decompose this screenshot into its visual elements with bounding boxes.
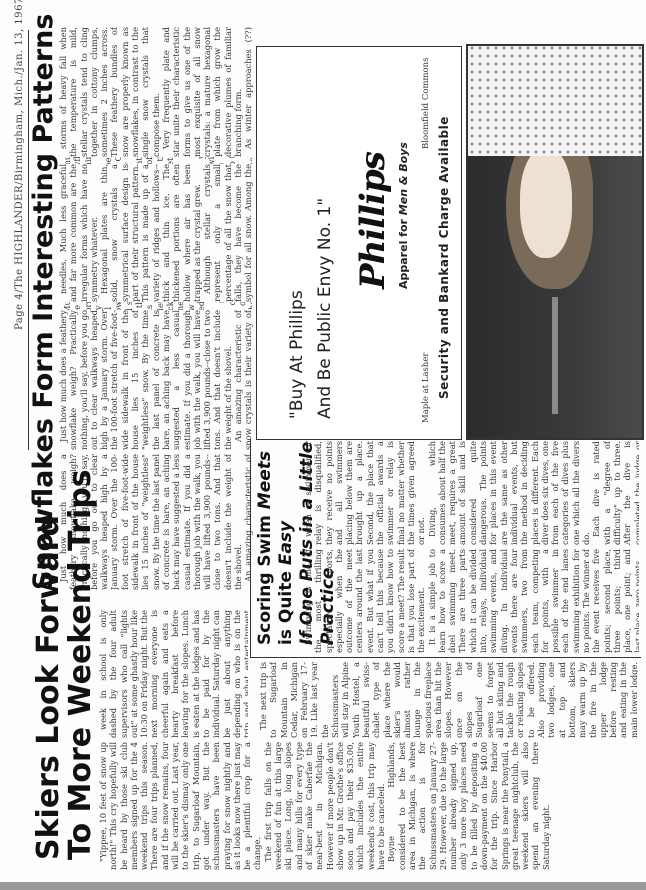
- page-header: Page 4/The HIGHLANDER/Birmingham, Mich./…: [14, 0, 25, 330]
- ad-brand-logo: Phillips: [353, 152, 393, 289]
- skiers-column-1: "Yippee, 10 feet of snow up north!" This…: [98, 742, 638, 870]
- skiers-headline: Skiers Look Forward To More Weekend Trip…: [34, 469, 96, 860]
- ad-tagline: Apparel for Men & Boys: [397, 142, 410, 289]
- paragraph: storms of heavy fall when the temperatur…: [58, 27, 161, 157]
- ad-charge-note: Security and Bankard Charge Available: [437, 116, 451, 399]
- photo-background-object: [552, 297, 559, 415]
- paragraph: The first trip falls on the weekend of f…: [263, 742, 387, 870]
- portrait-photo: [466, 44, 644, 440]
- photo-polka-dot-top: [468, 46, 642, 156]
- newspaper-page: Page 4/The HIGHLANDER/Birmingham, Mich./…: [0, 0, 646, 890]
- paragraph: Just how much does a feathery snowflake …: [58, 310, 233, 450]
- paragraph: "Yippee, 10 feet of snow up north!" This…: [98, 742, 263, 870]
- snowflakes-col-a: Just how much does a feathery snowflake …: [58, 310, 253, 450]
- paragraph: week in school is only dashed by the fou…: [98, 610, 248, 738]
- swim-column-2: when a swimmer or relay is disqualified,…: [303, 441, 639, 545]
- paragraph: An amazing characteristic of snow crysta…: [233, 310, 253, 450]
- snowflakes-col-b: needles. Much less graceful and far more…: [58, 164, 253, 302]
- paragraph: Swimming is one of the most thrilling sp…: [303, 549, 427, 653]
- paragraph: Each dive is rated with a "degree of dif…: [591, 441, 639, 545]
- scan-edge: [0, 882, 646, 890]
- photo-face: [520, 148, 572, 258]
- paragraph: Very frequently plate and star unite the…: [161, 27, 243, 157]
- paragraph: Hexagonal plates are thin, solid, snow c…: [99, 164, 202, 302]
- paragraph: Boyne Highlands, considered to be the be…: [386, 742, 551, 870]
- swim-column-1: Swimming is one of the most thrilling sp…: [303, 549, 639, 653]
- skiers-headline-line-1: Skiers Look Forward: [34, 469, 64, 860]
- paragraph: needles. Much less graceful and far more…: [58, 164, 99, 302]
- paragraph: It is a simple job to learn how to score…: [427, 549, 639, 653]
- paragraph: Diving, which consumes about half the me…: [427, 441, 592, 545]
- swim-article: Scoring Swim Meets is Quite Easy If One …: [250, 439, 641, 658]
- ad-address-left: Maple at Lasher: [421, 353, 431, 424]
- skiers-headline-line-2: To More Weekend Trips: [66, 469, 96, 860]
- header-rule: [28, 30, 29, 450]
- paragraph: when a swimmer or relay is disqualified,…: [303, 441, 427, 545]
- paragraph: The next trip is to Sugarloaf Mountain i…: [258, 662, 638, 738]
- skiers-column-2: The next trip is to Sugarloaf Mountain i…: [258, 662, 638, 738]
- snowflakes-col-c: storms of heavy fall when the temperatur…: [58, 27, 253, 157]
- paragraph: Although stellar crystals represent only…: [202, 164, 253, 302]
- ad-address-right: Bloomfield Commons: [421, 57, 431, 149]
- paragraph: As winter approaches (??) nearly everyon…: [243, 27, 253, 157]
- ad-slogan-line-2: And Be Public Envy No. 1": [311, 198, 339, 419]
- phillips-advertisement: "Buy At Phillips And Be Public Envy No. …: [256, 46, 462, 440]
- skiers-column-3: week in school is only dashed by the fou…: [98, 610, 248, 738]
- ad-slogan-line-1: "Buy At Phillips: [283, 198, 311, 419]
- ad-slogan: "Buy At Phillips And Be Public Envy No. …: [283, 198, 339, 419]
